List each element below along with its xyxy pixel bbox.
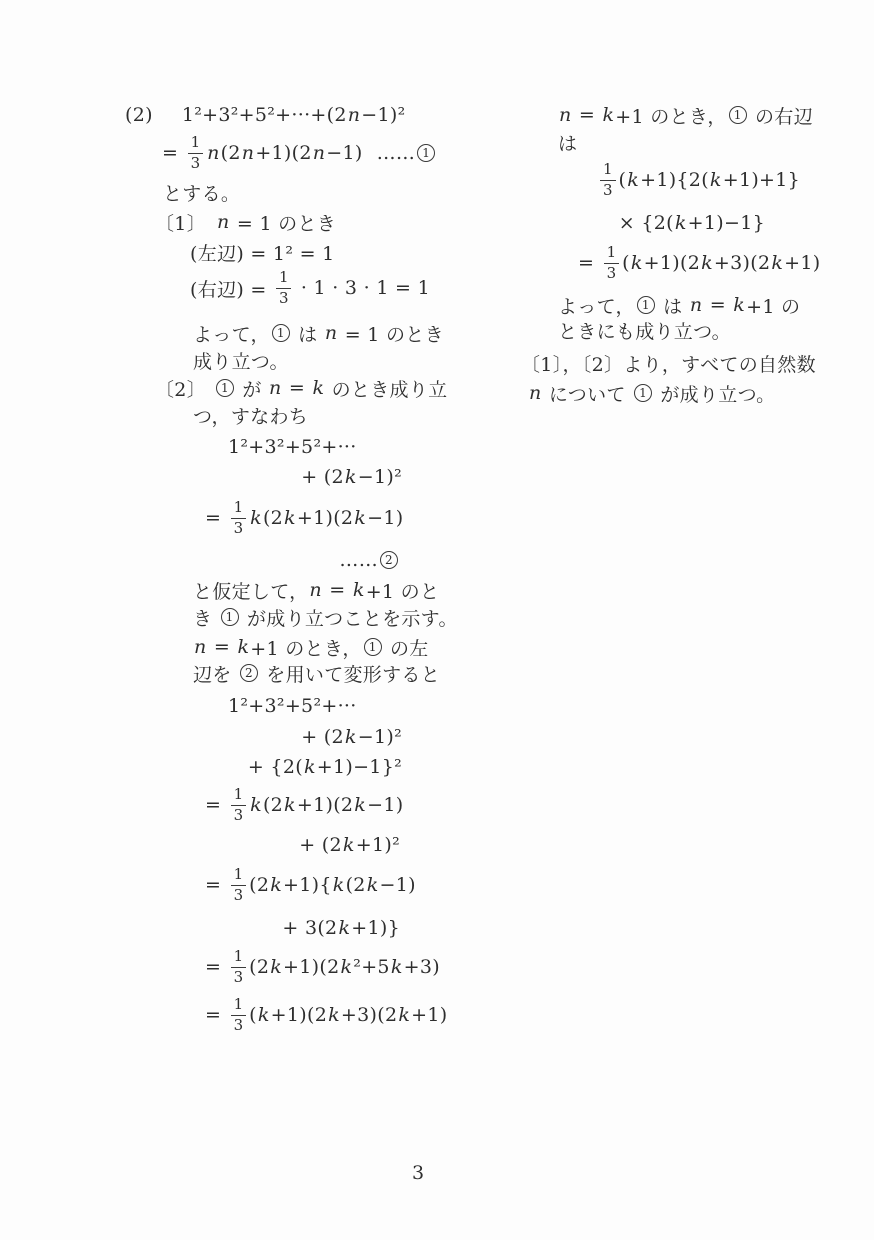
math-text: の左 — [384, 634, 429, 661]
right-column-doc-line: n = k+1 のとき，1 の右辺 — [558, 101, 813, 129]
math-text: · 1 · 3 · 1 = 1 — [294, 277, 430, 299]
left-column-doc-line: とする。 — [163, 178, 240, 206]
fraction-numerator: 1 — [188, 133, 204, 153]
math-variable: k — [366, 874, 380, 896]
math-text: +1)² — [356, 834, 400, 856]
math-text: …… — [339, 549, 378, 571]
math-text: + 3(2 — [282, 917, 337, 939]
math-text: +1)+1} — [723, 169, 800, 191]
right-column-doc-line: は — [558, 128, 577, 156]
math-text: +3)(2 — [714, 252, 770, 274]
left-column-doc-line: = 13(2k+1)(2k²+5k+3) — [205, 943, 440, 991]
math-variable: n — [241, 142, 256, 164]
math-variable: k — [344, 726, 358, 748]
document-page: (2)1²+3²+5²+···+(2n−1)²= 13n(2n+1)(2n−1)… — [0, 0, 874, 1240]
right-column-doc-line: 13(k+1){2(k+1)+1} — [597, 156, 800, 204]
math-text: ときにも成り立つ。 — [558, 317, 731, 344]
fraction-numerator: 1 — [600, 160, 616, 180]
math-variable: k — [353, 794, 367, 816]
left-column-doc-line: よって，1 は n = 1 のとき — [193, 319, 444, 347]
math-variable: k — [269, 956, 283, 978]
math-text: −1) — [367, 794, 403, 816]
left-column-doc-line: き 1 が成り立つことを示す。 — [193, 603, 458, 631]
math-text: +1)(2 — [297, 794, 353, 816]
right-column-doc-line: n について 1 が成り立つ。 — [528, 379, 775, 407]
math-text: = 1 のとき — [338, 320, 444, 347]
left-column-doc-line: = 13(k+1)(2k+3)(2k+1) — [205, 991, 447, 1039]
math-variable: n — [528, 382, 543, 404]
math-variable: k — [269, 874, 283, 896]
left-column-doc-line: = 13k(2k+1)(2k−1) — [205, 494, 403, 542]
math-variable: n — [347, 104, 362, 126]
left-column-doc-line: + {2(k+1)−1}² — [248, 753, 402, 781]
left-column-doc-line: + (2k−1)² — [301, 463, 402, 491]
math-text: −1) — [367, 507, 403, 529]
math-text: +1){ — [283, 874, 332, 896]
math-variable: k — [236, 636, 250, 658]
math-text: (2) — [125, 104, 153, 126]
math-variable: k — [339, 956, 353, 978]
fraction-denominator: 3 — [276, 288, 292, 309]
math-text: と仮定して， — [193, 577, 308, 604]
math-text: = — [208, 636, 237, 658]
math-text: + (2 — [301, 726, 344, 748]
math-text: 辺を — [193, 660, 238, 687]
math-text: +1 のと — [366, 577, 440, 604]
fraction: 13 — [231, 947, 247, 987]
math-text: について — [543, 380, 633, 407]
fraction-numerator: 1 — [231, 498, 247, 518]
math-variable: k — [770, 252, 784, 274]
math-variable: k — [344, 466, 358, 488]
left-column-doc-line: = 13n(2n+1)(2n−1)……1 — [162, 129, 437, 177]
math-text: = — [205, 794, 228, 816]
math-text: (2 — [249, 956, 269, 978]
fraction: 13 — [231, 785, 247, 825]
fraction: 13 — [231, 995, 247, 1035]
math-text: = — [703, 294, 732, 316]
math-text: 〔1〕，〔2〕より，すべての自然数 — [521, 350, 816, 377]
math-variable: k — [630, 252, 644, 274]
math-text: +3)(2 — [341, 1004, 397, 1026]
math-text: +1){2( — [640, 169, 709, 191]
circled-number: 1 — [364, 638, 382, 656]
math-text: …… — [377, 142, 416, 164]
fraction-denominator: 3 — [600, 180, 616, 201]
math-text: = — [283, 377, 312, 399]
math-text: + {2( — [248, 756, 303, 778]
left-column-doc-line: 1²+3²+5²+··· — [228, 692, 357, 720]
math-variable: k — [390, 956, 404, 978]
math-text: が — [236, 375, 268, 402]
math-text: +1) — [784, 252, 820, 274]
left-column-doc-line: = 13(2k+1){k(2k−1) — [205, 861, 416, 909]
math-text: (2 — [221, 142, 241, 164]
left-column-doc-line: 1²+3²+5²+··· — [228, 433, 357, 461]
fraction-denominator: 3 — [604, 263, 620, 284]
math-text: 成り立つ。 — [193, 347, 289, 374]
math-variable: k — [249, 507, 263, 529]
left-column-doc-line: = 13k(2k+1)(2k−1) — [205, 781, 403, 829]
math-text: 〔1〕 — [155, 209, 206, 236]
math-text: +1)(2 — [297, 507, 353, 529]
left-column-doc-line: と仮定して，n = k+1 のと — [193, 576, 439, 604]
math-text: = — [205, 956, 228, 978]
math-variable: k — [700, 252, 714, 274]
math-text: 1²+3²+5²+··· — [228, 695, 357, 717]
math-text: +3) — [404, 956, 440, 978]
math-variable: k — [303, 756, 317, 778]
math-text: = — [205, 507, 228, 529]
math-text: = — [162, 142, 185, 164]
math-variable: k — [626, 169, 640, 191]
fraction-denominator: 3 — [231, 805, 247, 826]
fraction-denominator: 3 — [231, 967, 247, 988]
fraction-denominator: 3 — [231, 885, 247, 906]
math-text: = 1 のとき — [231, 209, 337, 236]
math-text: +1)(2 — [255, 142, 311, 164]
math-text: = — [578, 252, 601, 274]
math-text: 〔2〕 — [155, 375, 206, 402]
math-text: = — [205, 874, 228, 896]
math-text: + (2 — [301, 466, 344, 488]
circled-number: 2 — [380, 551, 398, 569]
left-column-doc-line: (左辺) = 1² = 1 — [190, 238, 335, 266]
right-column-doc-line: ときにも成り立つ。 — [558, 316, 731, 344]
math-text: (2 — [249, 874, 269, 896]
math-text: (右辺) = — [190, 275, 273, 302]
math-variable: n — [558, 104, 573, 126]
left-column-doc-line: つ，すなわち — [193, 401, 308, 429]
math-text: ²+5 — [353, 956, 390, 978]
fraction-denominator: 3 — [231, 518, 247, 539]
math-variable: k — [601, 104, 615, 126]
left-column-doc-line: 〔1〕n = 1 のとき — [155, 208, 336, 236]
math-variable: k — [257, 1004, 271, 1026]
math-text: = — [573, 104, 602, 126]
math-variable: n — [324, 322, 339, 344]
fraction-numerator: 1 — [231, 995, 247, 1015]
fraction: 13 — [600, 160, 616, 200]
left-column-doc-line: + 3(2k+1)} — [282, 914, 400, 942]
right-column-doc-line: = 13(k+1)(2k+3)(2k+1) — [578, 239, 820, 287]
math-text: 1²+3²+5²+···+(2 — [182, 104, 347, 126]
fraction: 13 — [231, 498, 247, 538]
circled-number: 1 — [272, 324, 290, 342]
circled-number: 1 — [417, 144, 435, 162]
math-variable: k — [732, 294, 746, 316]
math-text: +1)} — [351, 917, 400, 939]
math-variable: k — [311, 377, 325, 399]
circled-number: 1 — [216, 379, 234, 397]
math-text: とする。 — [163, 179, 240, 206]
math-text: が成り立つことを示す。 — [241, 604, 458, 631]
math-variable: k — [337, 917, 351, 939]
left-column-doc-line: + (2k−1)² — [301, 723, 402, 751]
math-text: −1) — [326, 142, 362, 164]
math-text: (2 — [346, 874, 366, 896]
math-variable: k — [283, 507, 297, 529]
fraction-numerator: 1 — [231, 865, 247, 885]
left-column-doc-line: (2)1²+3²+5²+···+(2n−1)² — [125, 101, 406, 129]
math-text: ( — [619, 169, 627, 191]
math-text: を用いて変形すると — [260, 660, 440, 687]
math-variable: k — [709, 169, 723, 191]
math-text: × {2( — [619, 212, 674, 234]
left-column-doc-line: n = k+1 のとき，1 の左 — [193, 633, 429, 661]
math-text: ( — [622, 252, 630, 274]
math-text: (2 — [263, 507, 283, 529]
math-variable: n — [216, 211, 231, 233]
math-variable: k — [332, 874, 346, 896]
math-variable: k — [397, 1004, 411, 1026]
math-text: (左辺) = 1² = 1 — [190, 239, 335, 266]
math-variable: n — [689, 294, 704, 316]
left-column-doc-line: 〔2〕1 が n = k のとき成り立 — [155, 374, 447, 402]
math-text: は — [558, 129, 577, 156]
math-text: +1 のとき， — [615, 102, 726, 129]
math-text: +1 の — [746, 292, 800, 319]
math-variable: k — [283, 794, 297, 816]
fraction: 13 — [231, 865, 247, 905]
fraction-numerator: 1 — [276, 268, 292, 288]
math-text: +1) — [411, 1004, 447, 1026]
fraction-numerator: 1 — [231, 785, 247, 805]
math-text: き — [193, 604, 219, 631]
fraction: 13 — [276, 268, 292, 308]
circled-number: 1 — [221, 608, 239, 626]
right-column-doc-line: よって，1 は n = k+1 の — [558, 291, 800, 319]
left-column-doc-line: ……2 — [339, 546, 400, 574]
right-column-doc-line: 〔1〕，〔2〕より，すべての自然数 — [521, 349, 816, 377]
math-text: = — [205, 1004, 228, 1026]
math-text: +1)(2 — [644, 252, 700, 274]
math-variable: n — [268, 377, 283, 399]
math-text: = — [323, 579, 352, 601]
math-text: +1)(2 — [271, 1004, 327, 1026]
left-column-doc-line: (右辺) = 13 · 1 · 3 · 1 = 1 — [190, 264, 430, 312]
circled-number: 1 — [637, 296, 655, 314]
fraction-denominator: 3 — [188, 153, 204, 174]
fraction-numerator: 1 — [231, 947, 247, 967]
circled-number: 1 — [634, 384, 652, 402]
left-column-doc-line: 辺を 2 を用いて変形すると — [193, 659, 440, 687]
math-text: つ，すなわち — [193, 402, 308, 429]
math-text: よって， — [193, 320, 270, 347]
right-column-doc-line: × {2(k+1)−1} — [619, 209, 765, 237]
math-variable: k — [352, 579, 366, 601]
left-column-doc-line: 成り立つ。 — [193, 346, 289, 374]
fraction-numerator: 1 — [604, 243, 620, 263]
fraction-denominator: 3 — [231, 1015, 247, 1036]
math-variable: k — [342, 834, 356, 856]
math-variable: n — [308, 579, 323, 601]
math-text: −1)² — [361, 104, 405, 126]
math-variable: k — [674, 212, 688, 234]
math-variable: k — [249, 794, 263, 816]
fraction: 13 — [188, 133, 204, 173]
math-text: +1)(2 — [283, 956, 339, 978]
math-text: 1²+3²+5²+··· — [228, 436, 357, 458]
fraction: 13 — [604, 243, 620, 283]
math-text: は — [292, 320, 324, 347]
math-text: +1 のとき， — [250, 634, 361, 661]
math-text: −1)² — [358, 466, 402, 488]
circled-number: 1 — [729, 106, 747, 124]
math-variable: n — [312, 142, 327, 164]
math-text: + (2 — [299, 834, 342, 856]
math-text: ( — [249, 1004, 257, 1026]
circled-number: 2 — [240, 664, 258, 682]
math-text: は — [657, 292, 689, 319]
math-text: の右辺 — [749, 102, 813, 129]
math-text: +1)−1}² — [317, 756, 402, 778]
math-text: −1) — [380, 874, 416, 896]
math-text: +1)−1} — [688, 212, 765, 234]
math-text: のとき成り立 — [325, 375, 447, 402]
math-variable: n — [206, 142, 221, 164]
math-text: (2 — [263, 794, 283, 816]
math-variable: n — [193, 636, 208, 658]
math-variable: k — [353, 507, 367, 529]
math-variable: k — [327, 1004, 341, 1026]
math-text: よって， — [558, 292, 635, 319]
math-text: が成り立つ。 — [654, 380, 775, 407]
math-text: −1)² — [358, 726, 402, 748]
page-number: 3 — [403, 1162, 433, 1184]
left-column-doc-line: + (2k+1)² — [299, 831, 400, 859]
